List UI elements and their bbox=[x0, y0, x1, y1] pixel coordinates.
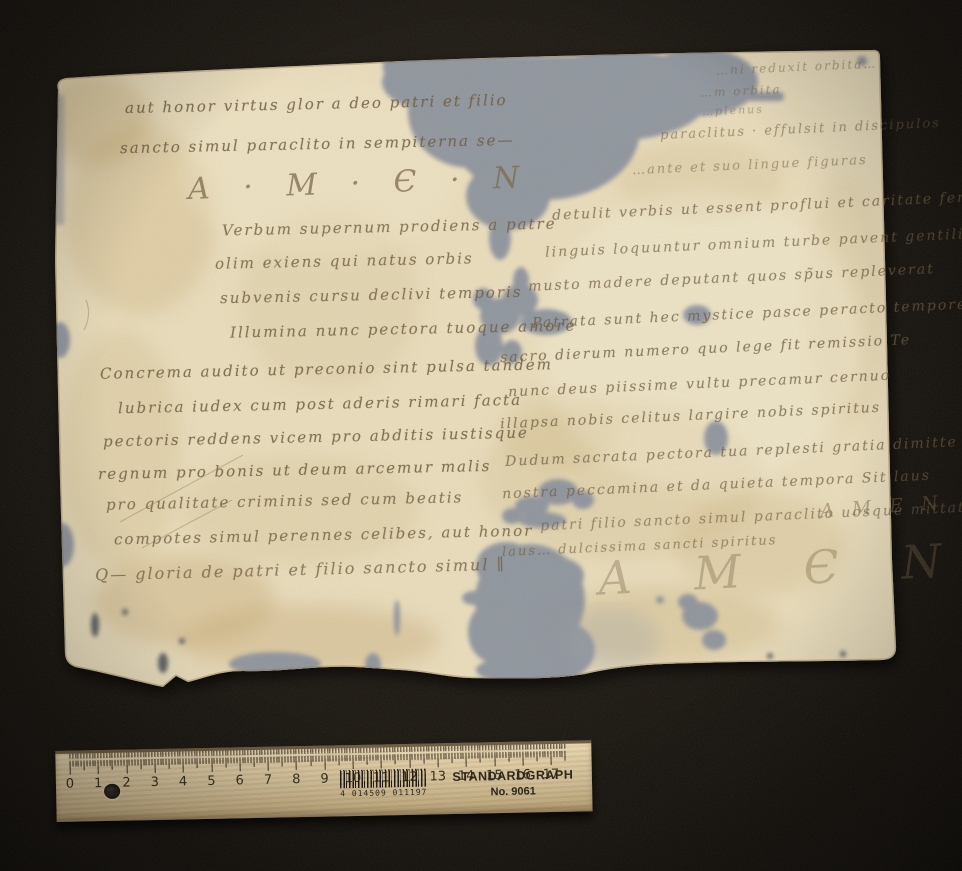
mm-tick bbox=[84, 760, 85, 770]
bevel-tick bbox=[132, 752, 133, 757]
bevel-tick bbox=[403, 747, 404, 752]
mm-tick bbox=[522, 752, 523, 766]
mm-tick bbox=[129, 760, 130, 766]
photo-canvas: aut honor virtus glor a deo patri et fil… bbox=[0, 0, 962, 871]
mm-tick bbox=[191, 758, 192, 764]
bevel-tick bbox=[83, 753, 84, 758]
bevel-tick bbox=[463, 746, 464, 751]
bevel-tick bbox=[171, 752, 172, 757]
manuscript-line: …ni reduxit orbita… bbox=[716, 56, 878, 77]
bevel-tick bbox=[468, 746, 469, 751]
mm-tick bbox=[556, 751, 557, 757]
mm-tick bbox=[231, 757, 232, 763]
barcode: 4 014509 011197 bbox=[340, 769, 427, 799]
cm-number: 3 bbox=[151, 775, 160, 790]
mm-tick bbox=[194, 758, 195, 764]
bevel-tick bbox=[194, 751, 195, 756]
mm-tick bbox=[208, 758, 209, 764]
brand-model: No. 9061 bbox=[434, 784, 592, 799]
bevel-tick bbox=[222, 751, 223, 756]
mm-tick bbox=[135, 759, 136, 765]
bevel-tick bbox=[454, 746, 455, 751]
bevel-tick bbox=[485, 745, 486, 750]
bevel-tick bbox=[299, 749, 300, 754]
mm-tick bbox=[335, 755, 336, 761]
mm-tick bbox=[112, 760, 113, 770]
mm-tick bbox=[211, 758, 212, 772]
manuscript-line: regnum pro bonis ut deum arcemur malis bbox=[98, 457, 492, 483]
mm-tick bbox=[358, 755, 359, 761]
bevel-tick bbox=[533, 744, 534, 749]
mm-tick bbox=[72, 761, 73, 767]
mm-tick bbox=[276, 757, 277, 763]
bevel-tick bbox=[491, 745, 492, 750]
mm-tick bbox=[491, 752, 492, 758]
bevel-tick bbox=[448, 746, 449, 751]
mm-tick bbox=[423, 754, 424, 764]
ruler: 01234567891011121314151617 4 014509 0111… bbox=[55, 740, 592, 822]
manuscript-line: olim exiens qui natus orbis bbox=[215, 249, 474, 272]
bevel-tick bbox=[151, 752, 152, 757]
mm-tick bbox=[386, 754, 387, 760]
cm-number: 9 bbox=[320, 772, 329, 787]
mm-tick bbox=[454, 753, 455, 759]
manuscript-line: Patrata sunt hec mystice pasce peracto t… bbox=[532, 297, 962, 332]
bevel-tick bbox=[381, 747, 382, 752]
bevel-tick bbox=[525, 745, 526, 750]
cm-number: 4 bbox=[179, 774, 188, 789]
bevel-tick bbox=[429, 746, 430, 751]
bevel-tick bbox=[81, 753, 82, 758]
bevel-tick bbox=[219, 751, 220, 756]
bevel-tick bbox=[92, 753, 93, 758]
bevel-tick bbox=[112, 753, 113, 758]
bevel-tick bbox=[228, 751, 229, 756]
mm-tick bbox=[488, 752, 489, 758]
bevel-tick bbox=[273, 750, 274, 755]
mm-tick bbox=[137, 759, 138, 765]
bevel-tick bbox=[519, 745, 520, 750]
mm-tick bbox=[197, 758, 198, 768]
mm-tick bbox=[123, 760, 124, 766]
bevel-tick bbox=[202, 751, 203, 756]
bevel-tick bbox=[522, 745, 523, 750]
amen-right-faint: A M E N bbox=[819, 492, 944, 523]
bevel-tick bbox=[564, 744, 565, 749]
mm-tick bbox=[443, 753, 444, 759]
bevel-tick bbox=[166, 752, 167, 757]
mm-tick bbox=[265, 757, 266, 763]
bevel-tick bbox=[98, 753, 99, 758]
bevel-tick bbox=[437, 746, 438, 751]
mm-tick bbox=[528, 752, 529, 758]
mm-tick bbox=[417, 754, 418, 760]
bevel-tick bbox=[398, 747, 399, 752]
mm-tick bbox=[279, 757, 280, 763]
mm-tick bbox=[412, 754, 413, 760]
mm-tick bbox=[384, 754, 385, 760]
bevel-tick bbox=[315, 749, 316, 754]
cm-number: 8 bbox=[292, 772, 301, 787]
mm-tick bbox=[460, 753, 461, 759]
mm-tick bbox=[367, 755, 368, 765]
ruler-hole bbox=[104, 784, 120, 799]
mm-tick bbox=[169, 759, 170, 769]
bevel-tick bbox=[86, 753, 87, 758]
mm-tick bbox=[143, 759, 144, 765]
bevel-tick bbox=[378, 748, 379, 753]
mm-tick bbox=[75, 761, 76, 767]
mm-tick bbox=[440, 753, 441, 759]
bevel-tick bbox=[106, 753, 107, 758]
mm-tick bbox=[324, 756, 325, 770]
mm-tick bbox=[403, 754, 404, 760]
mm-tick bbox=[350, 755, 351, 761]
mm-tick bbox=[545, 751, 546, 757]
bevel-tick bbox=[412, 747, 413, 752]
bevel-tick bbox=[542, 744, 543, 749]
bevel-tick bbox=[330, 748, 331, 753]
cm-number: 0 bbox=[66, 777, 75, 792]
bevel-tick bbox=[188, 751, 189, 756]
bevel-tick bbox=[465, 746, 466, 751]
bevel-tick bbox=[497, 745, 498, 750]
bevel-tick bbox=[502, 745, 503, 750]
bevel-tick bbox=[361, 748, 362, 753]
amen-left: A · M · Є · N bbox=[187, 160, 531, 207]
bevel-tick bbox=[460, 746, 461, 751]
bevel-tick bbox=[109, 753, 110, 758]
mm-tick bbox=[398, 754, 399, 760]
mm-tick bbox=[115, 760, 116, 766]
mm-tick bbox=[268, 757, 269, 771]
bevel-tick bbox=[267, 750, 268, 755]
manuscript-line: detulit verbis ut essent proflui et cari… bbox=[552, 188, 962, 224]
mm-tick bbox=[517, 752, 518, 758]
mm-tick bbox=[338, 755, 339, 765]
bevel-tick bbox=[75, 754, 76, 759]
mm-tick bbox=[109, 760, 110, 766]
mm-tick bbox=[132, 759, 133, 765]
bevel-tick bbox=[417, 747, 418, 752]
mm-tick bbox=[214, 758, 215, 764]
bevel-tick bbox=[115, 753, 116, 758]
bevel-tick bbox=[482, 745, 483, 750]
mm-tick bbox=[401, 754, 402, 760]
bevel-tick bbox=[499, 745, 500, 750]
bevel-tick bbox=[236, 750, 237, 755]
mm-tick bbox=[494, 752, 495, 766]
bevel-tick bbox=[446, 746, 447, 751]
bevel-tick bbox=[239, 750, 240, 755]
bevel-tick bbox=[347, 748, 348, 753]
bevel-tick bbox=[409, 747, 410, 752]
mm-tick bbox=[449, 753, 450, 759]
bevel-tick bbox=[386, 747, 387, 752]
mm-tick bbox=[352, 755, 353, 769]
bevel-tick bbox=[536, 744, 537, 749]
mm-tick bbox=[307, 756, 308, 762]
cm-number: 2 bbox=[122, 776, 131, 791]
mm-tick bbox=[95, 760, 96, 766]
mm-tick bbox=[548, 751, 549, 757]
bevel-tick bbox=[276, 750, 277, 755]
bevel-tick bbox=[332, 748, 333, 753]
bevel-tick bbox=[321, 749, 322, 754]
mm-tick bbox=[344, 755, 345, 761]
cm-number: 7 bbox=[264, 773, 273, 788]
mm-tick bbox=[239, 757, 240, 771]
bevel-tick bbox=[126, 753, 127, 758]
bevel-tick bbox=[432, 746, 433, 751]
bevel-tick bbox=[143, 752, 144, 757]
mm-tick bbox=[500, 752, 501, 758]
cm-number: 6 bbox=[235, 773, 244, 788]
bevel-tick bbox=[426, 747, 427, 752]
bevel-tick bbox=[559, 744, 560, 749]
mm-tick bbox=[202, 758, 203, 764]
mm-tick bbox=[270, 757, 271, 763]
mm-tick bbox=[313, 756, 314, 762]
mm-tick bbox=[242, 757, 243, 763]
bevel-tick bbox=[364, 748, 365, 753]
mm-tick bbox=[262, 757, 263, 763]
mm-tick bbox=[446, 753, 447, 759]
bevel-tick bbox=[545, 744, 546, 749]
mm-tick bbox=[420, 754, 421, 760]
mm-tick bbox=[177, 759, 178, 765]
bevel-tick bbox=[310, 749, 311, 754]
mm-tick bbox=[536, 751, 537, 761]
bevel-tick bbox=[95, 753, 96, 758]
bevel-tick bbox=[508, 745, 509, 750]
bevel-tick bbox=[293, 749, 294, 754]
mm-tick bbox=[389, 754, 390, 760]
mm-tick bbox=[248, 757, 249, 763]
mm-tick bbox=[514, 752, 515, 758]
mm-tick bbox=[78, 761, 79, 767]
mm-tick bbox=[505, 752, 506, 758]
bevel-tick bbox=[177, 752, 178, 757]
mm-tick bbox=[81, 760, 82, 766]
bevel-tick bbox=[205, 751, 206, 756]
mm-tick bbox=[106, 760, 107, 766]
mm-tick bbox=[341, 755, 342, 761]
mm-tick bbox=[304, 756, 305, 762]
mm-tick bbox=[200, 758, 201, 764]
bevel-tick bbox=[103, 753, 104, 758]
bevel-tick bbox=[324, 749, 325, 754]
mm-tick bbox=[185, 758, 186, 764]
manuscript-line: Illumina nunc pectora tuoque amore bbox=[230, 316, 577, 341]
bevel-tick bbox=[191, 751, 192, 756]
manuscript-line: musto madere deputant quos sp̃us repleve… bbox=[528, 261, 935, 295]
bevel-tick bbox=[327, 749, 328, 754]
bevel-tick bbox=[149, 752, 150, 757]
mm-tick bbox=[149, 759, 150, 765]
mm-tick bbox=[392, 754, 393, 760]
mm-tick bbox=[293, 756, 294, 762]
bevel-tick bbox=[516, 745, 517, 750]
bevel-tick bbox=[318, 749, 319, 754]
bevel-tick bbox=[69, 754, 70, 759]
bevel-tick bbox=[284, 749, 285, 754]
mm-tick bbox=[225, 758, 226, 768]
bevel-tick bbox=[372, 748, 373, 753]
mm-tick bbox=[355, 755, 356, 761]
mm-tick bbox=[236, 757, 237, 763]
bevel-tick bbox=[366, 748, 367, 753]
mm-tick bbox=[321, 756, 322, 762]
mm-tick bbox=[160, 759, 161, 765]
bevel-tick bbox=[199, 751, 200, 756]
bevel-tick bbox=[259, 750, 260, 755]
mm-tick bbox=[364, 755, 365, 761]
bevel-tick bbox=[383, 747, 384, 752]
bevel-tick bbox=[163, 752, 164, 757]
mm-tick bbox=[381, 754, 382, 768]
bevel-tick bbox=[231, 750, 232, 755]
bevel-tick bbox=[392, 747, 393, 752]
bevel-tick bbox=[307, 749, 308, 754]
bevel-tick bbox=[78, 754, 79, 759]
barcode-digits: 4 014509 011197 bbox=[340, 788, 426, 799]
bevel-tick bbox=[415, 747, 416, 752]
bevel-tick bbox=[216, 751, 217, 756]
mm-tick bbox=[290, 756, 291, 762]
manuscript-line: …plenus bbox=[702, 103, 764, 119]
mm-tick bbox=[375, 755, 376, 761]
mm-tick bbox=[98, 760, 99, 774]
mm-tick bbox=[531, 751, 532, 757]
mm-tick bbox=[217, 758, 218, 764]
mm-tick bbox=[542, 751, 543, 757]
bevel-tick bbox=[375, 748, 376, 753]
mm-tick bbox=[256, 757, 257, 763]
manuscript-line: sacro dierum numero quo lege fit remissi… bbox=[500, 332, 912, 366]
mm-tick bbox=[361, 755, 362, 761]
bevel-tick bbox=[562, 744, 563, 749]
mm-tick bbox=[316, 756, 317, 762]
mm-tick bbox=[234, 757, 235, 763]
bevel-tick bbox=[89, 753, 90, 758]
mm-tick bbox=[301, 756, 302, 762]
mm-tick bbox=[120, 760, 121, 766]
bevel-tick bbox=[157, 752, 158, 757]
bevel-tick bbox=[296, 749, 297, 754]
mm-tick bbox=[327, 756, 328, 762]
bevel-tick bbox=[528, 745, 529, 750]
mm-tick bbox=[553, 751, 554, 757]
bevel-tick bbox=[505, 745, 506, 750]
manuscript-line: pro qualitate criminis sed cum beatis bbox=[106, 488, 464, 513]
bevel-tick bbox=[279, 750, 280, 755]
manuscript-line: …ante et suo lingue figuras bbox=[632, 153, 868, 178]
bevel-tick bbox=[134, 752, 135, 757]
bevel-tick bbox=[423, 747, 424, 752]
cm-number: 1 bbox=[94, 776, 103, 791]
manuscript-line: Concrema audito ut preconio sint pulsa t… bbox=[100, 355, 553, 382]
mm-tick bbox=[432, 753, 433, 759]
bevel-tick bbox=[550, 744, 551, 749]
bevel-tick bbox=[253, 750, 254, 755]
bevel-tick bbox=[531, 744, 532, 749]
bevel-tick bbox=[341, 748, 342, 753]
mm-tick bbox=[273, 757, 274, 763]
mm-tick bbox=[497, 752, 498, 758]
manuscript-line: linguis loquuntur omnium turbe pavent ge… bbox=[545, 225, 962, 260]
mm-tick bbox=[103, 760, 104, 766]
mm-tick bbox=[251, 757, 252, 763]
bevel-tick bbox=[301, 749, 302, 754]
mm-tick bbox=[483, 752, 484, 758]
mm-tick bbox=[437, 753, 438, 767]
bevel-tick bbox=[208, 751, 209, 756]
bevel-tick bbox=[183, 751, 184, 756]
bevel-tick bbox=[262, 750, 263, 755]
bevel-tick bbox=[338, 748, 339, 753]
mm-tick bbox=[468, 753, 469, 759]
brand-block: STANDARDGRAPH No. 9061 bbox=[434, 767, 593, 799]
bevel-tick bbox=[451, 746, 452, 751]
manuscript-line: nunc deus piissime vultu precamur cernuo bbox=[508, 368, 892, 401]
bevel-tick bbox=[355, 748, 356, 753]
mm-tick bbox=[333, 755, 334, 761]
bevel-tick bbox=[480, 745, 481, 750]
mm-tick bbox=[550, 751, 551, 765]
cm-number: 5 bbox=[207, 774, 216, 789]
bevel-tick bbox=[313, 749, 314, 754]
mm-tick bbox=[519, 752, 520, 758]
bevel-tick bbox=[100, 753, 101, 758]
bevel-tick bbox=[129, 753, 130, 758]
bevel-tick bbox=[539, 744, 540, 749]
bevel-tick bbox=[474, 746, 475, 751]
mm-tick bbox=[372, 755, 373, 761]
mm-tick bbox=[429, 753, 430, 759]
bevel-tick bbox=[265, 750, 266, 755]
mm-tick bbox=[508, 752, 509, 762]
mm-tick bbox=[451, 753, 452, 763]
mm-tick bbox=[511, 752, 512, 758]
bevel-tick bbox=[553, 744, 554, 749]
mm-tick bbox=[562, 751, 563, 757]
bevel-tick bbox=[270, 750, 271, 755]
mm-tick bbox=[559, 751, 560, 757]
bevel-tick bbox=[434, 746, 435, 751]
bevel-tick bbox=[548, 744, 549, 749]
mm-tick bbox=[409, 754, 410, 768]
mm-tick bbox=[152, 759, 153, 765]
bevel-tick bbox=[256, 750, 257, 755]
bevel-tick bbox=[440, 746, 441, 751]
bevel-tick bbox=[146, 752, 147, 757]
bevel-tick bbox=[137, 752, 138, 757]
mm-tick bbox=[89, 760, 90, 766]
bevel-tick bbox=[225, 751, 226, 756]
bevel-tick bbox=[477, 746, 478, 751]
mm-tick bbox=[205, 758, 206, 764]
bevel-tick bbox=[406, 747, 407, 752]
mm-tick bbox=[525, 752, 526, 758]
mm-tick bbox=[253, 757, 254, 767]
bevel-tick bbox=[174, 752, 175, 757]
bevel-tick bbox=[211, 751, 212, 756]
mm-tick bbox=[140, 759, 141, 769]
mm-tick bbox=[457, 753, 458, 759]
mm-tick bbox=[154, 759, 155, 773]
mm-tick bbox=[395, 754, 396, 764]
